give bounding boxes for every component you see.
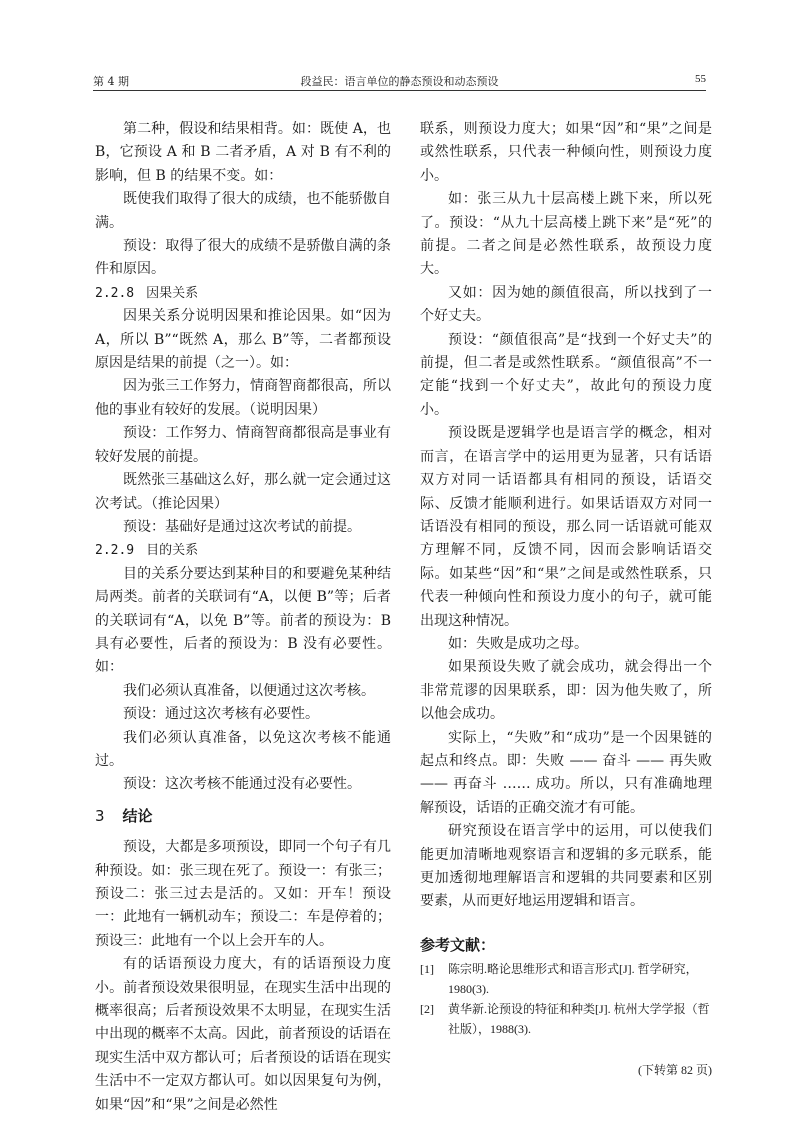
section-number: 3 — [95, 807, 105, 825]
example-sentence: 因为张三工作努力，情商智商都很高，所以他的事业有较好的发展。（说明因果） — [95, 375, 391, 422]
section-title: 因果关系 — [146, 286, 198, 301]
paragraph: 实际上，“失败”和“成功”是一个因果链的起点和终点。即：失败 —— 奋斗 —— … — [420, 727, 712, 821]
right-column: 联系，则预设力度大；如果“因”和“果”之间是或然性联系，只代表一种倾向性，则预设… — [420, 118, 712, 1083]
presupposition: 预设：这次考核不能通过没有必要性。 — [95, 773, 391, 796]
presupposition: 预设：通过这次考核有必要性。 — [95, 703, 391, 726]
reference-index: [2] — [420, 999, 448, 1019]
example-sentence: 如：失败是成功之母。 — [420, 633, 712, 656]
left-column: 第二种，假设和结果相背。如：既使 A，也 B，它预设 A 和 B 二者矛盾，A … — [95, 118, 391, 1117]
page-number: 55 — [695, 73, 706, 85]
paragraph: 预设既是逻辑学也是语言学的概念，相对而言，在语言学中的运用更为显著，只有话语双方… — [420, 422, 712, 633]
section-title: 目的关系 — [146, 543, 198, 558]
example-sentence: 我们必须认真准备，以免这次考核不能通过。 — [95, 727, 391, 774]
section-heading-2-2-9: 2.2.9目的关系 — [95, 539, 391, 562]
running-title: 段益民：语言单位的静态预设和动态预设 — [93, 73, 706, 89]
running-header: 第 4 期 段益民：语言单位的静态预设和动态预设 55 — [93, 72, 706, 91]
paragraph: 因果关系分说明因果和推论因果。如“因为 A，所以 B”“既然 A，那么 B”等，… — [95, 305, 391, 375]
reference-item: [1]陈宗明.略论思维形式和语言形式[J]. 哲学研究，1980(3). — [420, 959, 712, 999]
references-heading: 参考文献： — [420, 934, 712, 957]
paragraph: 目的关系分要达到某种目的和要避免某种结局两类。前者的关联词有“A，以便 B”等；… — [95, 563, 391, 680]
section-number: 2.2.8 — [95, 286, 134, 301]
paragraph: 如：张三从九十层高楼上跳下来，所以死了。预设：“从九十层高楼上跳下来”是“死”的… — [420, 188, 712, 282]
example-sentence: 既使我们取得了很大的成绩，也不能骄傲自满。 — [95, 188, 391, 235]
paragraph: 第二种，假设和结果相背。如：既使 A，也 B，它预设 A 和 B 二者矛盾，A … — [95, 118, 391, 188]
example-sentence: 又如：因为她的颜值很高，所以找到了一个好丈夫。 — [420, 282, 712, 329]
section-heading-3: 3结论 — [95, 805, 391, 828]
presupposition: 预设：“颜值很高”是“找到一个好丈夫”的前提，但二者是或然性联系。“颜值很高”不… — [420, 329, 712, 423]
paragraph: 有的话语预设力度大，有的话语预设力度小。前者预设效果很明显，在现实生活中出现的概… — [95, 953, 391, 1117]
presupposition: 预设：基础好是通过这次考试的前提。 — [95, 516, 391, 539]
paragraph: 研究预设在语言学中的运用，可以使我们能更加清晰地观察语言和逻辑的多元联系，能更加… — [420, 820, 712, 914]
section-title: 结论 — [123, 807, 153, 825]
reference-text: 黄华新.论预设的特征和种类[J]. 杭州大学学报（哲社版），1988(3). — [448, 1002, 710, 1036]
reference-text: 陈宗明.略论思维形式和语言形式[J]. 哲学研究，1980(3). — [448, 962, 698, 996]
paragraph-continued: 联系，则预设力度大；如果“因”和“果”之间是或然性联系，只代表一种倾向性，则预设… — [420, 118, 712, 188]
example-sentence: 既然张三基础这么好，那么就一定会通过这次考试。（推论因果） — [95, 469, 391, 516]
paragraph: 预设，大都是多项预设，即同一个句子有几种预设。如：张三现在死了。预设一：有张三；… — [95, 836, 391, 953]
reference-item: [2]黄华新.论预设的特征和种类[J]. 杭州大学学报（哲社版），1988(3)… — [420, 999, 712, 1039]
example-sentence: 我们必须认真准备，以便通过这次考核。 — [95, 680, 391, 703]
reference-index: [1] — [420, 959, 448, 979]
section-heading-2-2-8: 2.2.8因果关系 — [95, 282, 391, 305]
presupposition: 预设：取得了很大的成绩不是骄傲自满的条件和原因。 — [95, 235, 391, 282]
continued-note: (下转第 82 页) — [420, 1059, 712, 1082]
presupposition: 预设：工作努力、情商智商都很高是事业有较好发展的前提。 — [95, 422, 391, 469]
paragraph: 如果预设失败了就会成功，就会得出一个非常荒谬的因果联系，即：因为他失败了，所以他… — [420, 656, 712, 726]
section-number: 2.2.9 — [95, 543, 134, 558]
